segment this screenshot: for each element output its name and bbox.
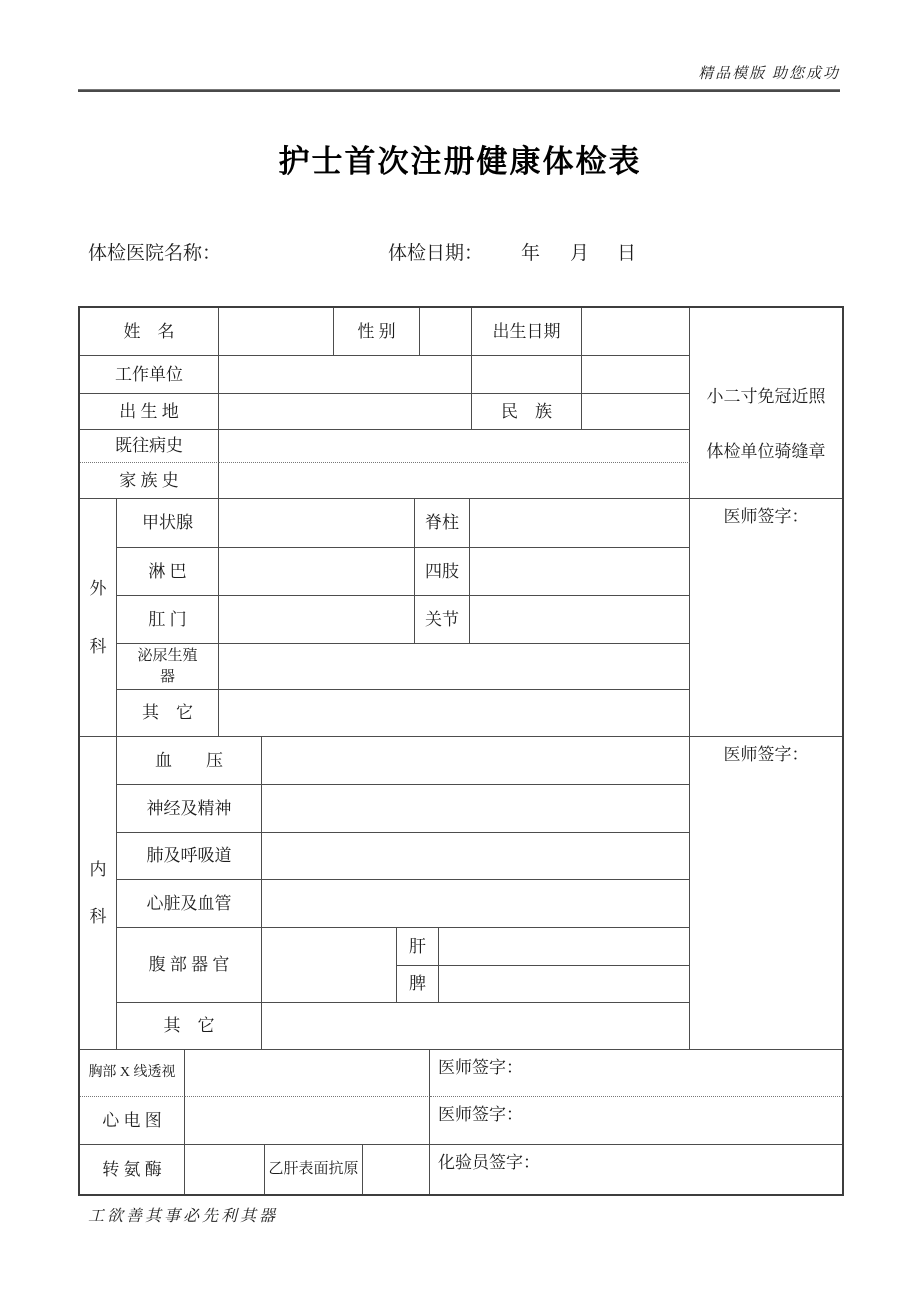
surgery-doctor-sign-cell[interactable]: 医师签字： [690, 499, 842, 737]
family-history-label-cell: 家 族 史 [80, 463, 219, 499]
hbsag-label-cell: 乙肝表面抗原 [265, 1145, 363, 1194]
ethnicity-label-cell: 民 族 [472, 394, 582, 430]
photo-note-line1: 小二寸免冠近照 [707, 386, 826, 407]
limbs-label-cell: 四肢 [415, 548, 470, 596]
photo-note-line2: 体检单位骑缝章 [707, 441, 826, 462]
thyroid-label-cell: 甲状腺 [117, 499, 219, 548]
hospital-name-label: 体检医院名称： [88, 238, 221, 265]
footer-motto: 工欲善其事必先利其器 [88, 1203, 278, 1226]
internal-section-char1: 内 [90, 859, 107, 880]
gender-input-cell[interactable] [420, 308, 472, 356]
birth-place-input-cell[interactable] [219, 394, 472, 430]
liver-input-cell[interactable] [439, 928, 690, 966]
ethnicity-input-cell[interactable] [582, 394, 690, 430]
work-unit-extra-cell-2[interactable] [582, 356, 690, 394]
ecg-label-cell: 心 电 图 [80, 1097, 185, 1145]
internal-other-label-cell: 其 它 [117, 1003, 262, 1050]
abdomen-label-cell: 腹 部 器 官 [117, 928, 262, 1003]
joints-input-cell[interactable] [470, 596, 690, 644]
name-label-cell: 姓 名 [80, 308, 219, 356]
internal-doctor-sign-cell[interactable]: 医师签字： [690, 737, 842, 1050]
birth-date-input-cell[interactable] [582, 308, 690, 356]
internal-section-char2: 科 [90, 906, 107, 927]
surgery-section-label: 外 科 [80, 499, 117, 737]
joints-label-cell: 关节 [415, 596, 470, 644]
header-rule [78, 89, 840, 92]
surgery-section-char2: 科 [90, 636, 107, 657]
date-month-label: 月 [570, 238, 589, 265]
lab-sign-cell[interactable]: 化验员签字： [430, 1145, 842, 1194]
family-history-input-cell[interactable] [219, 463, 690, 499]
abdomen-input-cell[interactable] [262, 928, 397, 1003]
alt-input-cell[interactable] [185, 1145, 265, 1194]
blood-pressure-input-cell[interactable] [262, 737, 690, 785]
urogenital-label-cell: 泌尿生殖 器 [117, 644, 219, 690]
nerve-label-cell: 神经及精神 [117, 785, 262, 833]
urogenital-label-line2: 器 [160, 667, 175, 687]
page-title: 护士首次注册健康体检表 [0, 136, 920, 181]
chest-xray-label-cell: 胸部 X 线透视 [80, 1050, 185, 1097]
anus-label-cell: 肛 门 [117, 596, 219, 644]
date-year-label: 年 [521, 238, 540, 265]
nerve-input-cell[interactable] [262, 785, 690, 833]
spleen-input-cell[interactable] [439, 966, 690, 1003]
surgery-other-label-cell: 其 它 [117, 690, 219, 737]
alt-label-cell: 转 氨 酶 [80, 1145, 185, 1194]
heart-label-cell: 心脏及血管 [117, 880, 262, 928]
past-history-input-cell[interactable] [219, 430, 690, 463]
lymph-label-cell: 淋 巴 [117, 548, 219, 596]
liver-label-cell: 肝 [397, 928, 439, 966]
surgery-other-input-cell[interactable] [219, 690, 690, 737]
limbs-input-cell[interactable] [470, 548, 690, 596]
gender-label-cell: 性 别 [334, 308, 420, 356]
spine-input-cell[interactable] [470, 499, 690, 548]
ecg-input-cell[interactable] [185, 1097, 430, 1145]
exam-form-table: 姓 名 性 别 出生日期 小二寸免冠近照 体检单位骑缝章 工作单位 出 生 地 … [78, 306, 844, 1196]
birth-place-label-cell: 出 生 地 [80, 394, 219, 430]
work-unit-extra-cell-1[interactable] [472, 356, 582, 394]
blood-pressure-label-cell: 血 压 [117, 737, 262, 785]
spine-label-cell: 脊柱 [415, 499, 470, 548]
photo-cell: 小二寸免冠近照 体检单位骑缝章 [690, 308, 842, 499]
header-tagline: 精品模版 助您成功 [78, 62, 840, 83]
urogenital-input-cell[interactable] [219, 644, 690, 690]
birth-date-label-cell: 出生日期 [472, 308, 582, 356]
thyroid-input-cell[interactable] [219, 499, 415, 548]
ecg-doctor-sign-cell[interactable]: 医师签字： [430, 1097, 842, 1145]
past-history-label-cell: 既往病史 [80, 430, 219, 463]
name-input-cell[interactable] [219, 308, 334, 356]
anus-input-cell[interactable] [219, 596, 415, 644]
work-unit-label-cell: 工作单位 [80, 356, 219, 394]
lung-label-cell: 肺及呼吸道 [117, 833, 262, 880]
surgery-section-char1: 外 [90, 578, 107, 599]
chest-xray-input-cell[interactable] [185, 1050, 430, 1097]
spleen-label-cell: 脾 [397, 966, 439, 1003]
urogenital-label-line1: 泌尿生殖 [137, 646, 197, 666]
lymph-input-cell[interactable] [219, 548, 415, 596]
hbsag-input-cell[interactable] [363, 1145, 430, 1194]
internal-section-label: 内 科 [80, 737, 117, 1050]
heart-input-cell[interactable] [262, 880, 690, 928]
lung-input-cell[interactable] [262, 833, 690, 880]
date-day-label: 日 [617, 238, 636, 265]
work-unit-input-cell[interactable] [219, 356, 472, 394]
internal-other-input-cell[interactable] [262, 1003, 690, 1050]
exam-date-label: 体检日期： [388, 238, 483, 265]
xray-doctor-sign-cell[interactable]: 医师签字： [430, 1050, 842, 1097]
